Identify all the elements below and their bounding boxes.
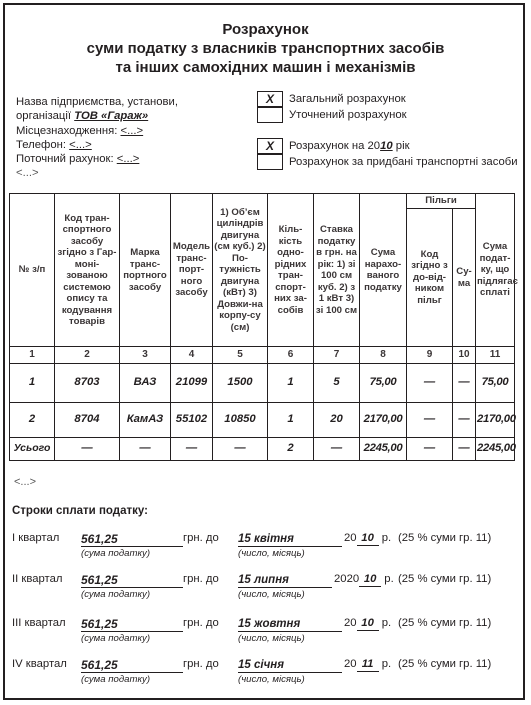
col-num: 8 [360,347,407,364]
calculation-period-group: X Розрахунок на 2010 рік Розрахунок за п… [257,138,518,170]
cell-payable: 75,00 [476,364,515,403]
amount-caption: (сума податку) [81,674,150,685]
phone-value[interactable]: <...> [69,139,92,151]
title-line-2: суми податку з власників транспортних за… [0,39,531,58]
total-cell: — [407,438,453,461]
org-extra: <...> [16,166,178,180]
col-num: 4 [171,347,213,364]
quarter-2-row: II квартал 561,25 (сума податку) грн. до… [12,573,522,605]
quarter-amount[interactable]: 561,25 [81,658,183,673]
date-caption: (число, місяць) [238,548,305,559]
quarter-date[interactable]: 15 січня [238,658,342,673]
header-engine-params: 1) Об’єм циліндрів двигуна (см куб.) 2) … [213,194,268,347]
document-title: Розрахунок суми податку з власників тран… [0,20,531,77]
clarified-calculation-checkbox[interactable] [257,107,283,123]
cell-rate: 20 [314,403,360,438]
col-num: 5 [213,347,268,364]
total-cell: — [55,438,120,461]
cell-rate: 5 [314,364,360,403]
cell-engine: 10850 [213,403,268,438]
quarter-date[interactable]: 15 квітня [238,532,342,547]
calculation-type-group: X Загальний розрахунок Уточнений розраху… [257,91,407,123]
header-tax-rate: Ставка податку в грн. на рік: 1) зі 100 … [314,194,360,347]
year-calculation-year[interactable]: 10 [380,140,393,152]
cell-quantity: 1 [268,364,314,403]
year-field[interactable]: 11 [357,658,379,672]
total-cell: — [213,438,268,461]
header-vehicle-model: Модель транс-порт-ного засобу [171,194,213,347]
account-label: Поточний рахунок: [16,153,114,165]
total-cell: — [120,438,171,461]
quarter-3-row: III квартал 561,25 (сума податку) грн. д… [12,617,522,649]
date-caption: (число, місяць) [238,633,305,644]
year-field[interactable]: 10 [357,617,379,631]
cell-benefit-sum: — [453,364,476,403]
cell-number: 2 [10,403,55,438]
total-cell: — [171,438,213,461]
title-line-1: Розрахунок [0,20,531,39]
cell-payable: 2170,00 [476,403,515,438]
amount-caption: (сума податку) [81,548,150,559]
header-vehicle-code: Код тран-спортного засобу згідно з Гар-м… [55,194,120,347]
header-number: № з/п [10,194,55,347]
general-calculation-checkbox[interactable]: X [257,91,283,107]
quarter-label: IV квартал [12,658,67,670]
cell-vehicle-code: 8704 [55,403,120,438]
col-num: 9 [407,347,453,364]
header-accrued-tax: Сума нарахо-ваного податку [360,194,407,347]
clarified-calculation-label: Уточнений розрахунок [289,109,407,121]
general-calculation-label: Загальний розрахунок [289,93,406,105]
account-value[interactable]: <...> [117,153,140,165]
total-cell: — [453,438,476,461]
quarter-1-row: I квартал 561,25 (сума податку) грн. до … [12,532,522,564]
grn-label: грн. до [183,573,219,585]
purchased-vehicles-checkbox[interactable] [257,154,283,170]
total-label: Усього [10,438,55,461]
location-value[interactable]: <...> [121,125,144,137]
quarter-year: 2010 р. [344,617,391,631]
quarter-label: III квартал [12,617,66,629]
org-name-label-2: організації [16,110,71,122]
column-numbers-row: 1 2 3 4 5 6 7 8 9 10 11 [10,347,515,364]
quarter-note: (25 % суми гр. 11) [398,532,491,544]
tax-table: № з/п Код тран-спортного засобу згідно з… [9,193,515,461]
cell-benefit-code: — [407,364,453,403]
quarter-date[interactable]: 15 жовтня [238,617,342,632]
quarter-date[interactable]: 15 липня [238,573,332,588]
cell-quantity: 1 [268,403,314,438]
cell-vehicle-code: 8703 [55,364,120,403]
quarter-amount[interactable]: 561,25 [81,617,183,632]
header-benefits: Пільги [407,194,476,209]
title-line-3: та інших самохідних машин і механізмів [0,58,531,77]
year-calculation-checkbox[interactable]: X [257,138,283,154]
purchased-vehicles-label: Розрахунок за придбані транспортні засоб… [289,156,518,168]
quarter-amount[interactable]: 561,25 [81,573,183,588]
location-label: Місцезнаходження: [16,125,117,137]
cell-accrued: 2170,00 [360,403,407,438]
grn-label: грн. до [183,658,219,670]
col-num: 7 [314,347,360,364]
quarter-label: I квартал [12,532,59,544]
quarter-amount[interactable]: 561,25 [81,532,183,547]
header-benefit-sum: Су-ма [453,209,476,347]
quarter-note: (25 % суми гр. 11) [398,573,491,585]
cell-number: 1 [10,364,55,403]
header-benefit-code: Код згідно з до-від-ником пільг [407,209,453,347]
date-caption: (число, місяць) [238,674,305,685]
year-field[interactable]: 10 [359,573,381,587]
cell-benefit-code: — [407,403,453,438]
col-num: 11 [476,347,515,364]
header-vehicle-brand: Марка транс-портного засобу [120,194,171,347]
table-row: 1 8703 ВАЗ 21099 1500 1 5 75,00 — — 75,0… [10,364,515,403]
header-tax-payable: Сума подат-ку, що підлягає сплаті [476,194,515,347]
cell-brand: ВАЗ [120,364,171,403]
cell-model: 21099 [171,364,213,403]
col-num: 6 [268,347,314,364]
cell-benefit-sum: — [453,403,476,438]
cell-model: 55102 [171,403,213,438]
amount-caption: (сума податку) [81,633,150,644]
org-name-value[interactable]: ТОВ «Гараж» [74,110,148,122]
cell-engine: 1500 [213,364,268,403]
quarter-note: (25 % суми гр. 11) [398,658,491,670]
after-table-ellipsis: <...> [14,476,36,488]
total-accrued: 2245,00 [360,438,407,461]
date-caption: (число, місяць) [238,589,305,600]
quarter-year: 202010 р. [334,573,394,587]
header-quantity: Кіль-кість одно-рідних тран-спорт-них за… [268,194,314,347]
org-name-label: Назва підприємства, установи, [16,95,178,109]
total-row: Усього — — — — 2 — 2245,00 — — 2245,00 [10,438,515,461]
total-quantity: 2 [268,438,314,461]
quarter-year: 2011 р. [344,658,391,672]
col-num: 1 [10,347,55,364]
grn-label: грн. до [183,617,219,629]
phone-label: Телефон: [16,139,66,151]
year-calculation-label: Розрахунок на 2010 рік [289,140,410,152]
cell-accrued: 75,00 [360,364,407,403]
amount-caption: (сума податку) [81,589,150,600]
cell-brand: КамАЗ [120,403,171,438]
grn-label: грн. до [183,532,219,544]
quarter-note: (25 % суми гр. 11) [398,617,491,629]
total-payable: 2245,00 [476,438,515,461]
year-field[interactable]: 10 [357,532,379,546]
organization-info: Назва підприємства, установи, організаці… [16,95,178,181]
col-num: 10 [453,347,476,364]
table-row: 2 8704 КамАЗ 55102 10850 1 20 2170,00 — … [10,403,515,438]
col-num: 3 [120,347,171,364]
col-num: 2 [55,347,120,364]
total-cell: — [314,438,360,461]
quarter-4-row: IV квартал 561,25 (сума податку) грн. до… [12,658,522,690]
payment-terms-title: Строки сплати податку: [12,505,148,517]
quarter-label: II квартал [12,573,62,585]
quarter-year: 2010 р. [344,532,391,546]
